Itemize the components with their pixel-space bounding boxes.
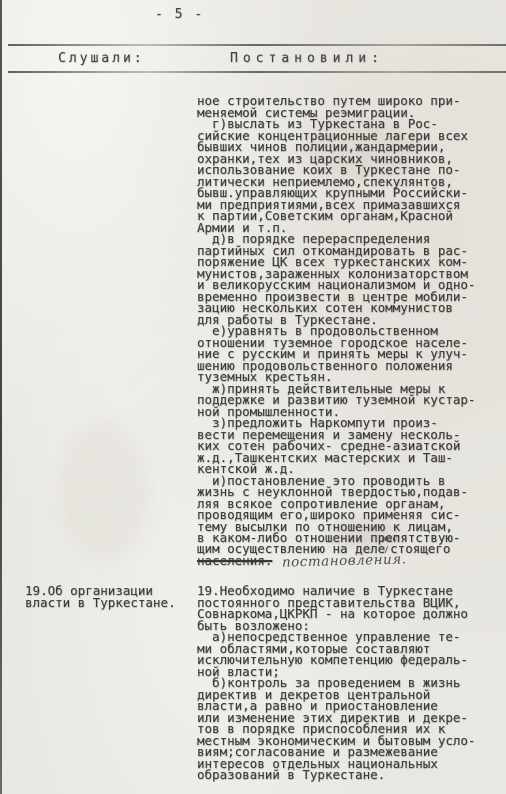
column-header-listened: Слушали: xyxy=(58,51,145,66)
struck-word: населения. xyxy=(197,553,272,568)
scan-edge-shadow xyxy=(0,0,2,794)
header-rule-top xyxy=(8,44,506,46)
agenda-item-19-label: 19.Об организации власти в Туркестане. xyxy=(25,585,176,608)
page-number: - 5 - xyxy=(155,9,204,21)
header-rule-bottom xyxy=(8,71,506,73)
column-header-resolved: Постановили: xyxy=(230,51,384,66)
paper-stain xyxy=(60,420,150,560)
resolution-18-continuation-text: ное строительство путем широко при- меня… xyxy=(197,95,475,544)
resolution-19-text: 19.Необходимо наличие в Туркестане посто… xyxy=(197,585,475,781)
handwritten-correction: постановления. xyxy=(282,554,407,569)
handwritten-insertion: нас xyxy=(381,534,397,546)
resolution-18-final-line: населения.постановления. xyxy=(197,555,407,568)
